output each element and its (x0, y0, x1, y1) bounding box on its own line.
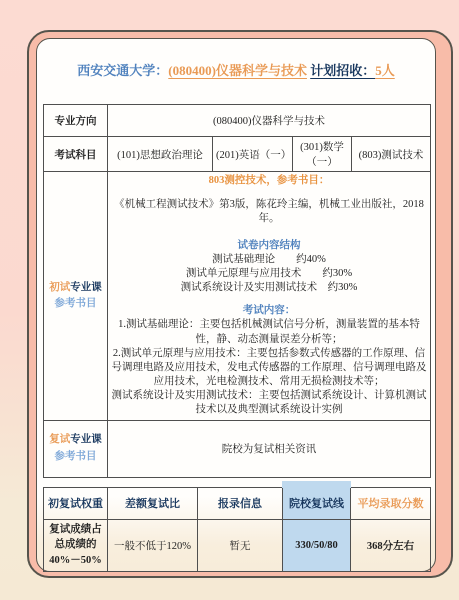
page-title: 西安交通大学：(080400)仪器科学与技术 计划招收：5人 (43, 60, 429, 79)
admission-card: 西安交通大学：(080400)仪器科学与技术 计划招收：5人 专业方向 (080… (36, 38, 436, 572)
paper-structure-item: 测试系统设计及实用测试技术 约30% (111, 281, 427, 295)
header-enrollment-info: 报录信息 (198, 487, 283, 519)
subjects-label: 考试科目 (44, 137, 108, 172)
review-exam-label-main: 专业课 (70, 434, 102, 445)
title-plan-label: 计划招收： (310, 63, 375, 78)
paper-structure-title: 试卷内容结构 (111, 239, 427, 253)
header-school-cutoff: 院校复试线 (283, 487, 351, 519)
value-school-cutoff: 330/50/80 (283, 519, 351, 571)
initial-exam-label: 初试专业课 参考书目 (44, 172, 108, 421)
value-enrollment-info: 暂无 (198, 519, 283, 571)
title-university: 西安交通大学： (77, 63, 168, 78)
initial-exam-content: 803测控技术，参考书目： 《机械工程测试技术》第3版，陈花玲主编，机械工业出版… (108, 172, 431, 421)
initial-exam-label-sub: 参考书目 (47, 296, 104, 312)
table-row-initial-exam: 初试专业课 参考书目 803测控技术，参考书目： 《机械工程测试技术》第3版，陈… (44, 172, 431, 421)
title-plan-count: 5人 (375, 63, 395, 78)
admission-stats-table: 初复试权重 差额复试比 报录信息 院校复试线 平均录取分数 复试成绩占总成绩的4… (43, 487, 431, 572)
reference-book: 《机械工程测试技术》第3版，陈花玲主编，机械工业出版社，2018年。 (111, 198, 427, 226)
exam-content-item: 2.测试单元原理与应用技术：主要包括参数式传感器的工作原理、信号调理电路及应用技… (111, 347, 427, 390)
review-exam-label-prefix: 复试 (49, 434, 70, 445)
paper-structure-item: 测试基础理论 约40% (111, 253, 427, 267)
subject-english: (201)英语（一） (213, 137, 293, 172)
subject-major: (803)测试技术 (352, 137, 431, 172)
subject-math: (301)数学（一） (293, 137, 352, 172)
exam-content-title: 考试内容： (111, 304, 427, 318)
stats-value-row: 复试成绩占总成绩的40%－50% 一般不低于120% 暂无 330/50/80 … (44, 519, 431, 571)
value-average-score: 368分左右 (351, 519, 431, 571)
direction-label: 专业方向 (44, 105, 108, 137)
stats-header-row: 初复试权重 差额复试比 报录信息 院校复试线 平均录取分数 (44, 487, 431, 519)
value-exam-weight: 复试成绩占总成绩的40%－50% (44, 519, 108, 571)
table-row-direction: 专业方向 (080400)仪器科学与技术 (44, 105, 431, 137)
paper-structure-item: 测试单元原理与应用技术 约30% (111, 267, 427, 281)
header-average-score: 平均录取分数 (351, 487, 431, 519)
reference-heading: 803测控技术，参考书目： (111, 174, 427, 188)
initial-exam-label-main: 专业课 (70, 282, 102, 293)
table-row-review-exam: 复试专业课 参考书目 院校为复试相关资讯 (44, 420, 431, 477)
admission-card-frame: 西安交通大学：(080400)仪器科学与技术 计划招收：5人 专业方向 (080… (27, 30, 453, 578)
title-program: (080400)仪器科学与技术 (168, 63, 307, 78)
header-exam-weight: 初复试权重 (44, 487, 108, 519)
review-exam-label-sub: 参考书目 (47, 449, 104, 465)
page-background: { "colors": { "accent_orange": "#e99a55"… (0, 0, 459, 600)
header-retest-ratio: 差额复试比 (108, 487, 198, 519)
table-row-subjects: 考试科目 (101)思想政治理论 (201)英语（一） (301)数学（一） (… (44, 137, 431, 172)
exam-content-item: 测试系统设计及实用测试技术：主要包括测试系统设计、计算机测试技术以及典型测试系统… (111, 389, 427, 417)
initial-exam-label-prefix: 初试 (49, 282, 70, 293)
program-info-table: 专业方向 (080400)仪器科学与技术 考试科目 (101)思想政治理论 (2… (43, 104, 431, 478)
subject-politics: (101)思想政治理论 (108, 137, 213, 172)
review-info-note: 院校为复试相关资讯 (108, 420, 431, 477)
direction-value: (080400)仪器科学与技术 (108, 105, 431, 137)
spacer (111, 295, 427, 304)
review-exam-label: 复试专业课 参考书目 (44, 420, 108, 477)
value-retest-ratio: 一般不低于120% (108, 519, 198, 571)
exam-content-item: 1.测试基础理论：主要包括机械测试信号分析，测量装置的基本特性，静、动态测量误差… (111, 318, 427, 346)
